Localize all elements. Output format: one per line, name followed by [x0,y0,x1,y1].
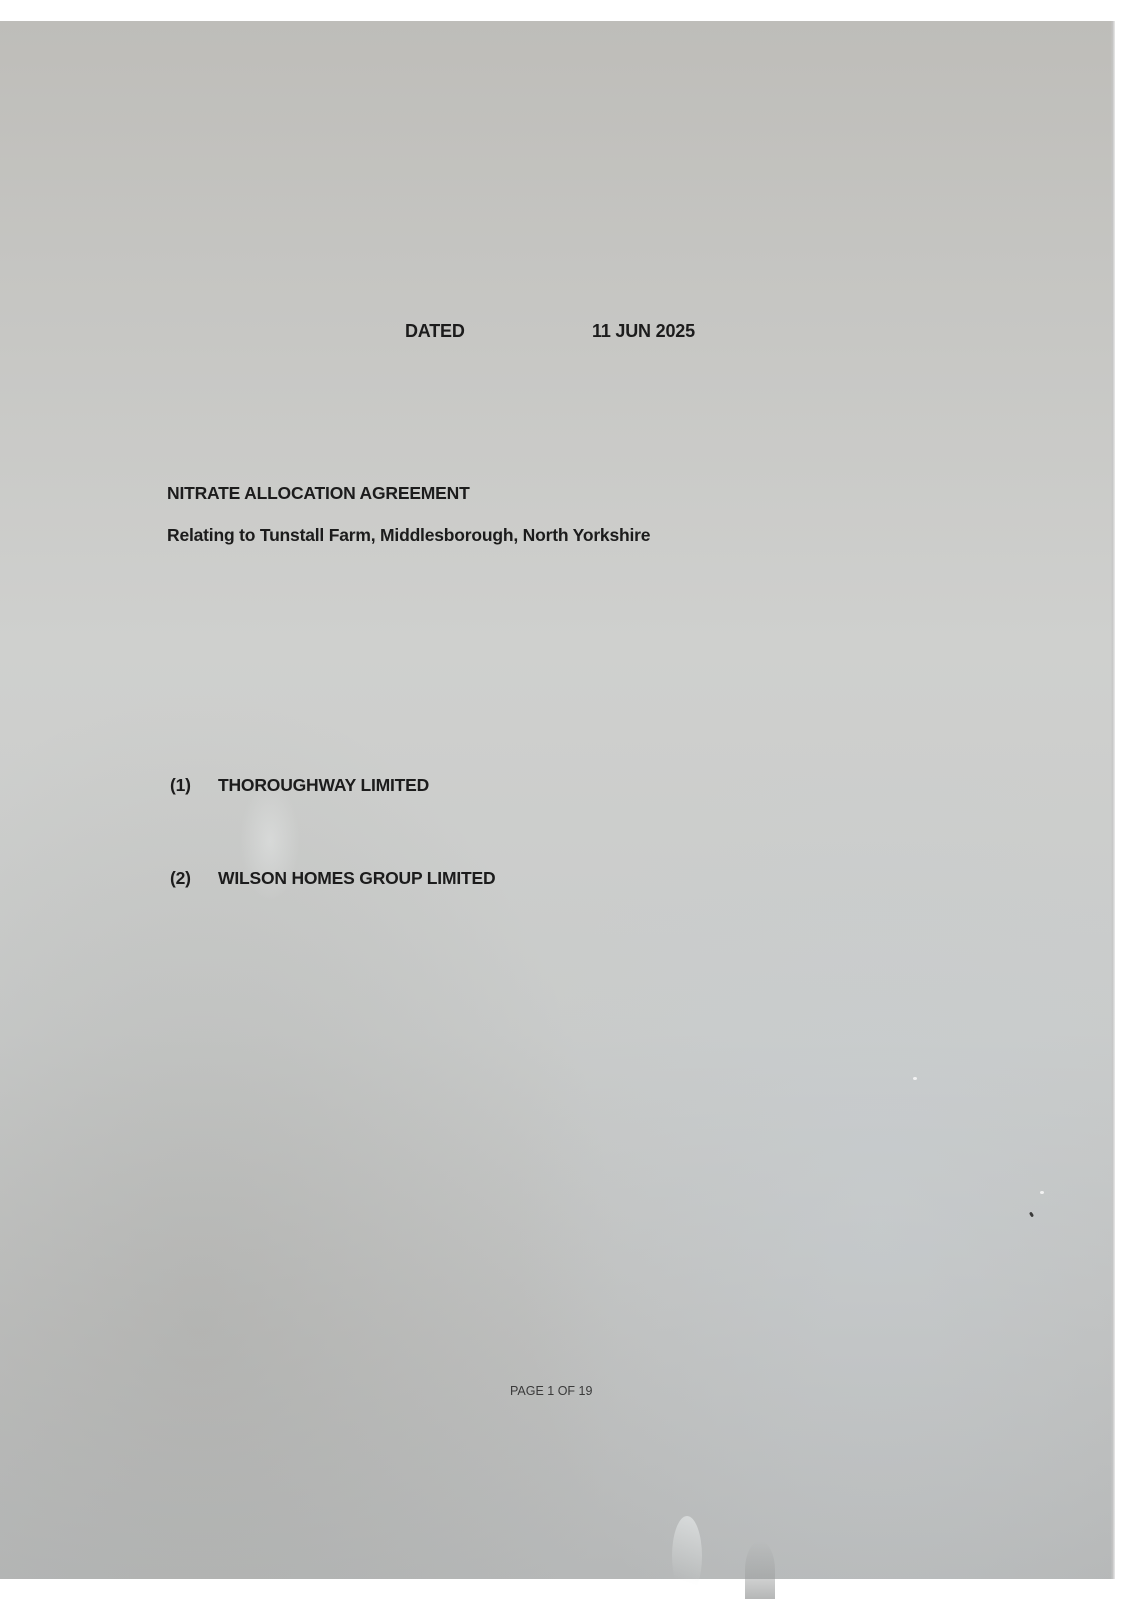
party-number: (1) [170,775,218,796]
document-title: NITRATE ALLOCATION AGREEMENT [167,483,470,504]
dated-value: 11 JUN 2025 [592,321,695,342]
party-item: (2)WILSON HOMES GROUP LIMITED [170,868,495,889]
party-item: (1)THOROUGHWAY LIMITED [170,775,429,796]
party-name: WILSON HOMES GROUP LIMITED [218,868,495,888]
paper-speck [1040,1191,1044,1194]
paper-speck [1029,1212,1034,1218]
paper-speck [913,1077,917,1080]
party-name: THOROUGHWAY LIMITED [218,775,429,795]
paper-highlight-fold [672,1516,702,1596]
dated-label: DATED [405,321,465,342]
document-subtitle: Relating to Tunstall Farm, Middlesboroug… [167,525,650,546]
document-page [0,21,1115,1579]
party-number: (2) [170,868,218,889]
page-number-footer: PAGE 1 OF 19 [510,1384,592,1398]
paper-shadow-fold [745,1541,775,1599]
